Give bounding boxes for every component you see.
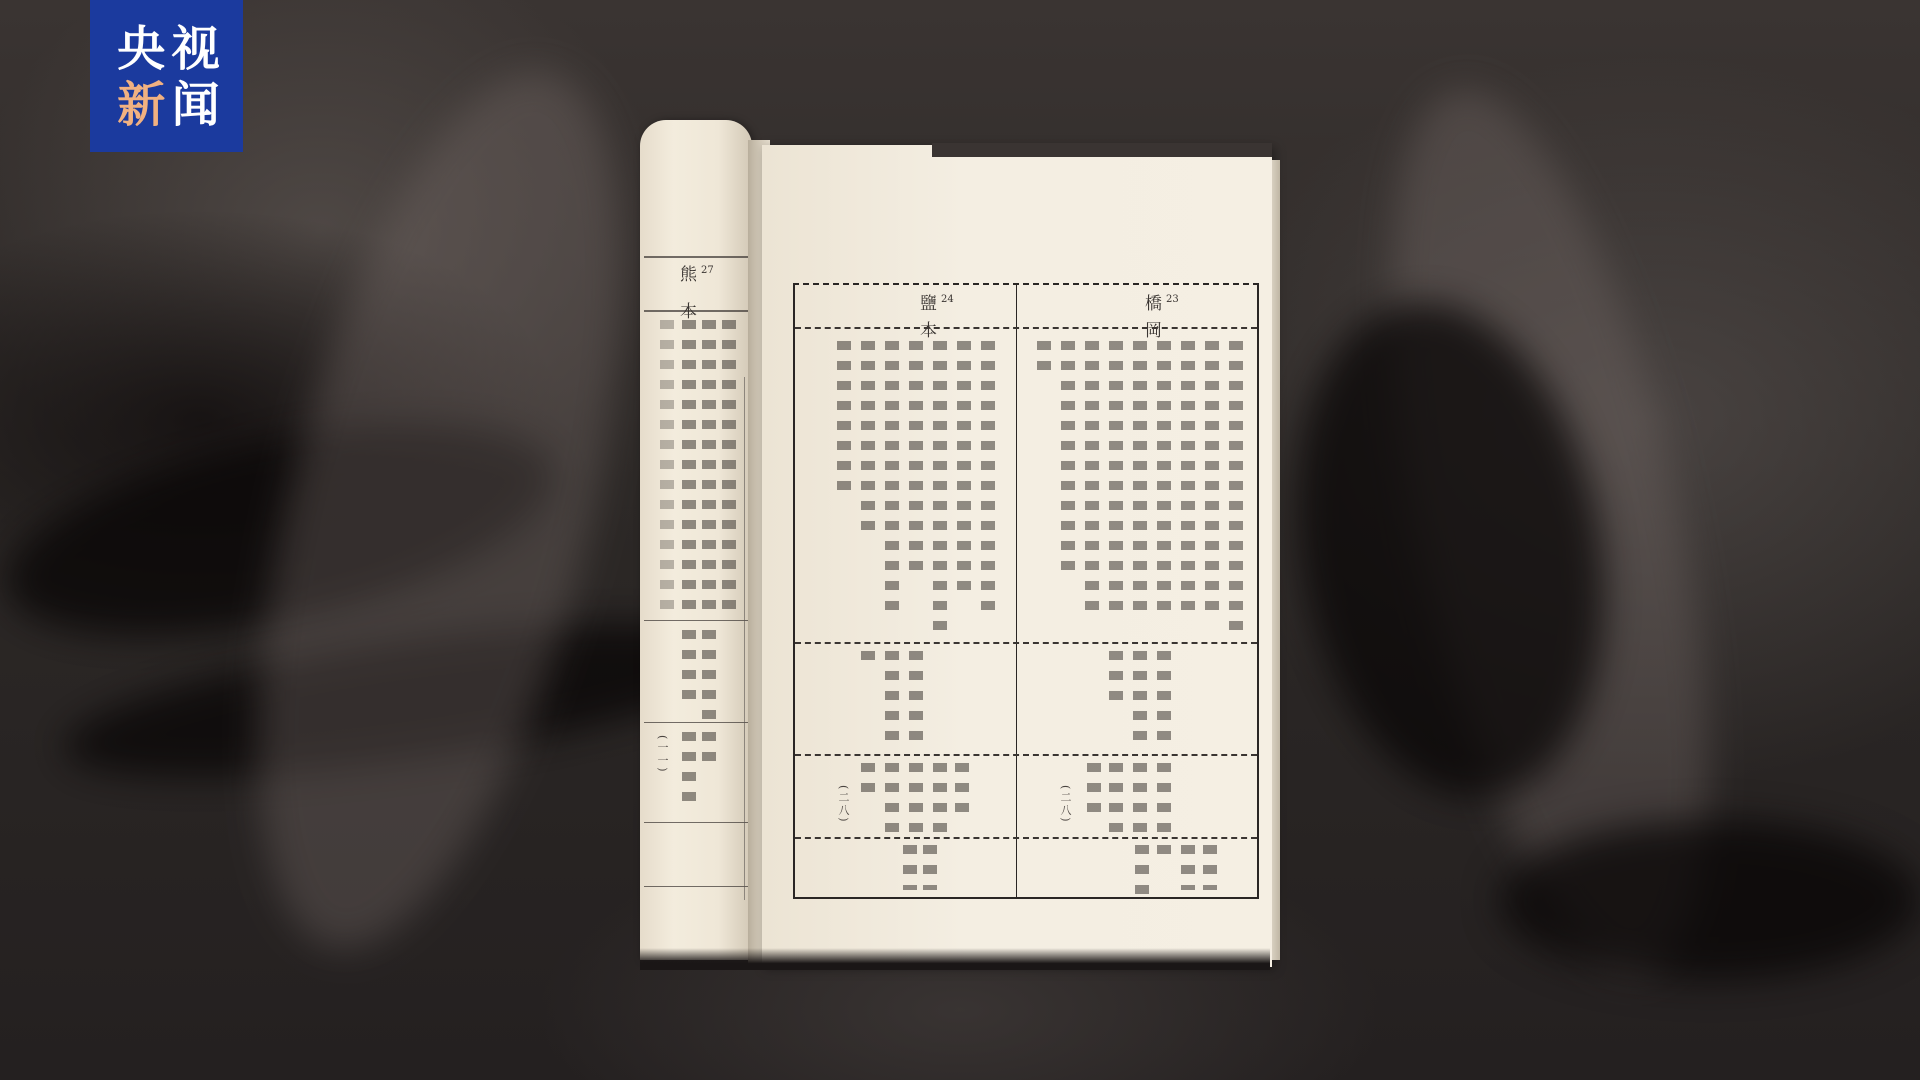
row-divider <box>795 327 1257 329</box>
handwritten-text <box>909 651 923 741</box>
entry-header-name: 鹽24 本 <box>920 289 954 341</box>
left-rolled-page: 熊27 本 (一一) <box>640 120 752 960</box>
entry-header-name: 熊27 本 <box>680 260 714 322</box>
handwritten-text <box>1181 845 1195 890</box>
table-border <box>744 377 745 900</box>
handwritten-text <box>1085 341 1099 611</box>
page-marker: (二八) <box>1057 785 1073 824</box>
handwritten-text <box>682 732 696 812</box>
handwritten-text <box>702 630 716 720</box>
handwritten-text <box>861 341 875 541</box>
handwritten-text <box>923 845 937 890</box>
page-marker: (二八) <box>835 785 851 824</box>
handwritten-text <box>682 320 696 610</box>
handwritten-text <box>1109 341 1123 621</box>
handwritten-text <box>1181 341 1195 611</box>
handwritten-text <box>981 341 995 621</box>
handwritten-text <box>1203 845 1217 890</box>
handwritten-text <box>909 763 923 833</box>
cloth-fold-shadow <box>1500 820 1920 980</box>
table-rule <box>644 886 748 887</box>
entry-header-name: 橋23 岡 <box>1145 289 1179 341</box>
handwritten-text <box>861 651 875 663</box>
table-rule <box>644 722 748 723</box>
row-divider <box>795 837 1257 839</box>
handwritten-text <box>885 763 899 833</box>
handwritten-text <box>1157 845 1171 857</box>
table-rule <box>644 620 748 621</box>
logo-char: 视 <box>169 22 224 78</box>
logo-char: 央 <box>114 22 169 78</box>
handwritten-text <box>1061 341 1075 581</box>
handwritten-text <box>1133 763 1147 833</box>
handwritten-text <box>957 341 971 591</box>
table-rule <box>644 822 748 823</box>
row-divider <box>795 754 1257 756</box>
handwritten-text <box>955 763 969 823</box>
handwritten-text <box>1087 763 1101 823</box>
handwritten-text <box>1133 341 1147 611</box>
handwritten-text <box>933 341 947 641</box>
handwritten-text <box>933 763 947 833</box>
handwritten-text <box>885 341 899 611</box>
handwritten-text <box>1037 341 1051 381</box>
handwritten-text <box>682 630 696 710</box>
column-divider <box>1016 285 1017 897</box>
row-divider <box>795 642 1257 644</box>
page-stack-edge <box>1272 160 1280 960</box>
handwritten-text <box>1135 845 1149 895</box>
handwritten-text <box>885 651 899 741</box>
handwritten-text <box>702 320 716 620</box>
handwritten-text <box>903 845 917 890</box>
handwritten-text <box>660 320 674 620</box>
handwritten-text <box>1133 651 1147 746</box>
handwritten-text <box>1157 763 1171 833</box>
handwritten-text <box>861 763 875 803</box>
logo-char-accent: 新 <box>114 78 169 134</box>
handwritten-text <box>1109 651 1123 711</box>
handwritten-text <box>1157 651 1171 746</box>
logo-char: 闻 <box>169 78 224 134</box>
page-marker: (一一) <box>654 735 670 774</box>
handwritten-text <box>1205 341 1219 621</box>
page-edge-notch <box>932 143 1272 157</box>
handwritten-text <box>1109 763 1123 833</box>
torn-page-bottom-edge <box>640 948 1270 970</box>
handwritten-text <box>837 341 851 491</box>
handwritten-text <box>722 320 736 620</box>
table-rule <box>644 256 748 258</box>
record-table: 鹽24 本 橋23 岡 (二八) <box>793 283 1259 899</box>
handwritten-text <box>1229 341 1243 631</box>
handwritten-text <box>1157 341 1171 621</box>
cctv-news-watermark-logo: 央 视 新 闻 <box>90 0 243 152</box>
handwritten-text <box>909 341 923 581</box>
handwritten-text <box>702 732 716 762</box>
